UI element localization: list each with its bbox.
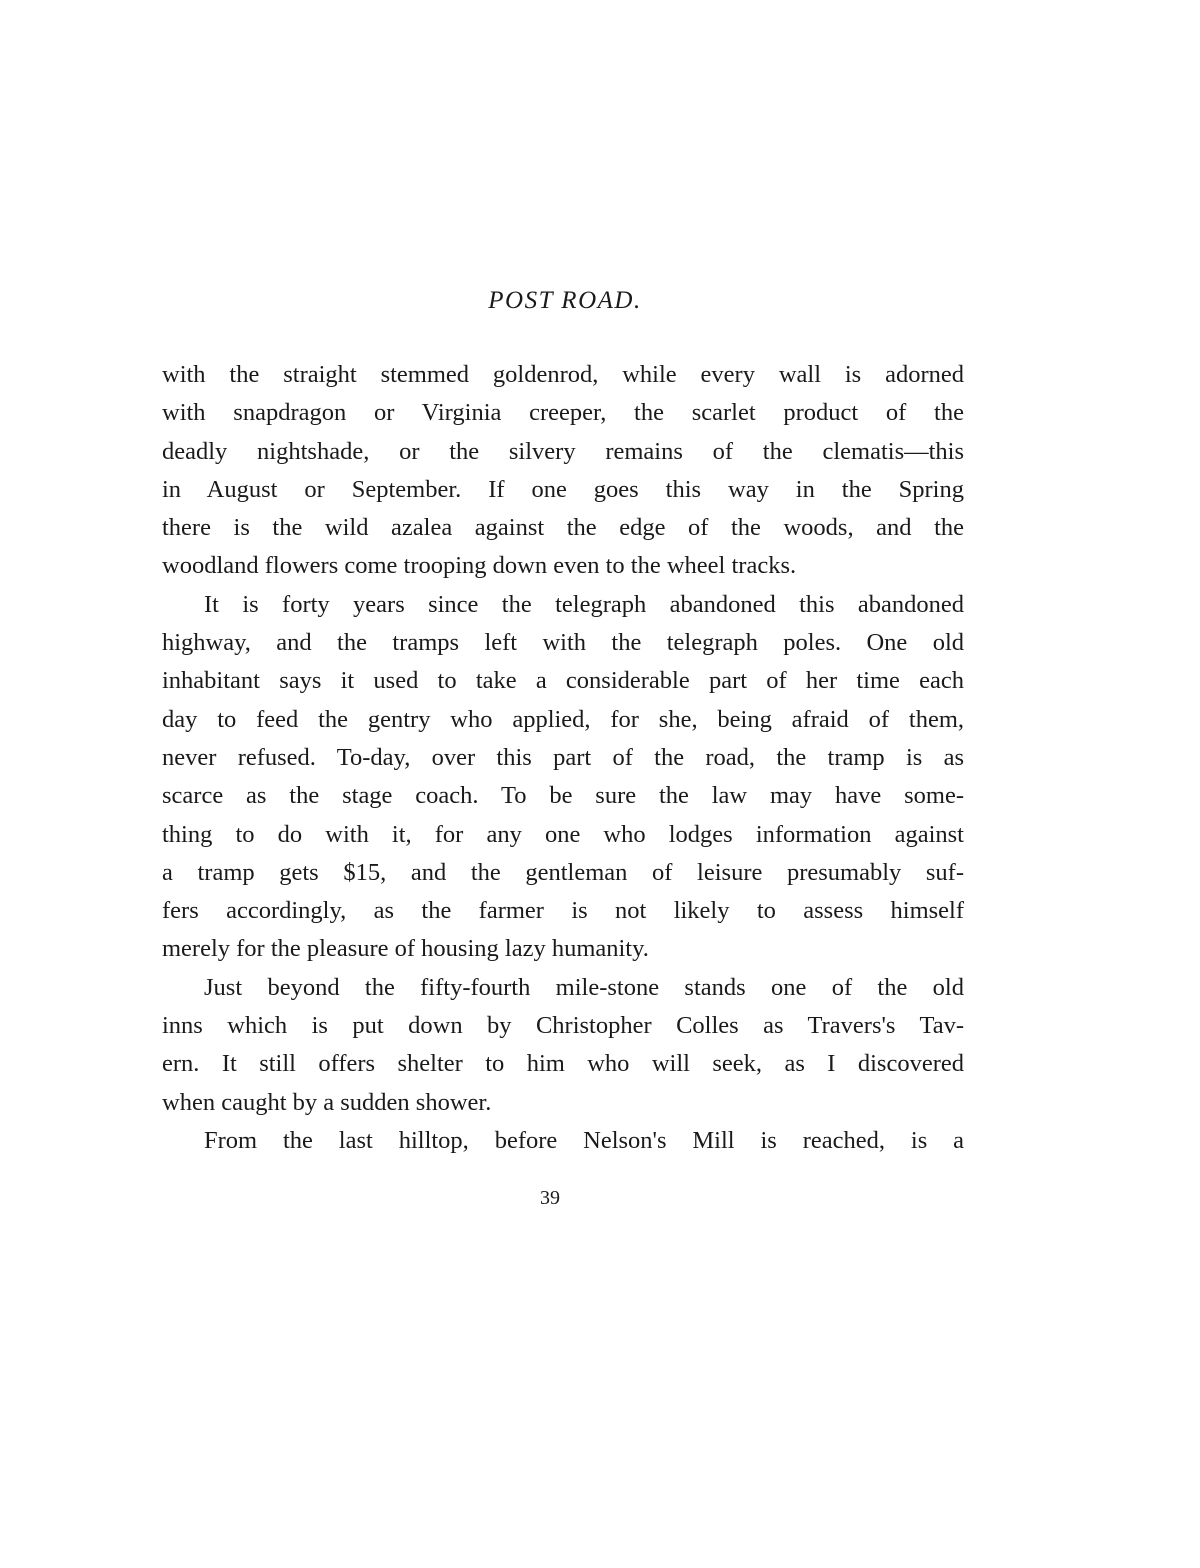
page-number: 39 <box>0 1187 1100 1210</box>
text-line: merely for the pleasure of housing lazy … <box>162 930 964 968</box>
text-line: thing to do with it, for any one who lod… <box>162 816 964 854</box>
paragraph-start-line: From the last hilltop, before Nelson's M… <box>162 1122 964 1160</box>
text-line: fers accordingly, as the farmer is not l… <box>162 892 964 930</box>
text-line: never refused. To-day, over this part of… <box>162 739 964 777</box>
running-head: POST ROAD. <box>0 287 1130 315</box>
text-line: with snapdragon or Virginia creeper, the… <box>162 394 964 432</box>
text-line: woodland flowers come trooping down even… <box>162 547 964 585</box>
body-text: with the straight stemmed goldenrod, whi… <box>162 356 964 1160</box>
text-line: scarce as the stage coach. To be sure th… <box>162 777 964 815</box>
text-line: with the straight stemmed goldenrod, whi… <box>162 356 964 394</box>
text-line: there is the wild azalea against the edg… <box>162 509 964 547</box>
text-line: inhabitant says it used to take a consid… <box>162 662 964 700</box>
text-line: a tramp gets $15, and the gentleman of l… <box>162 854 964 892</box>
paragraph-start-line: Just beyond the fifty-fourth mile-stone … <box>162 969 964 1007</box>
text-line: deadly nightshade, or the silvery remain… <box>162 433 964 471</box>
text-line: when caught by a sudden shower. <box>162 1084 964 1122</box>
text-line: day to feed the gentry who applied, for … <box>162 701 964 739</box>
text-line: in August or September. If one goes this… <box>162 471 964 509</box>
text-line: highway, and the tramps left with the te… <box>162 624 964 662</box>
text-line: ern. It still offers shelter to him who … <box>162 1045 964 1083</box>
text-line: inns which is put down by Christopher Co… <box>162 1007 964 1045</box>
paragraph-start-line: It is forty years since the telegraph ab… <box>162 586 964 624</box>
